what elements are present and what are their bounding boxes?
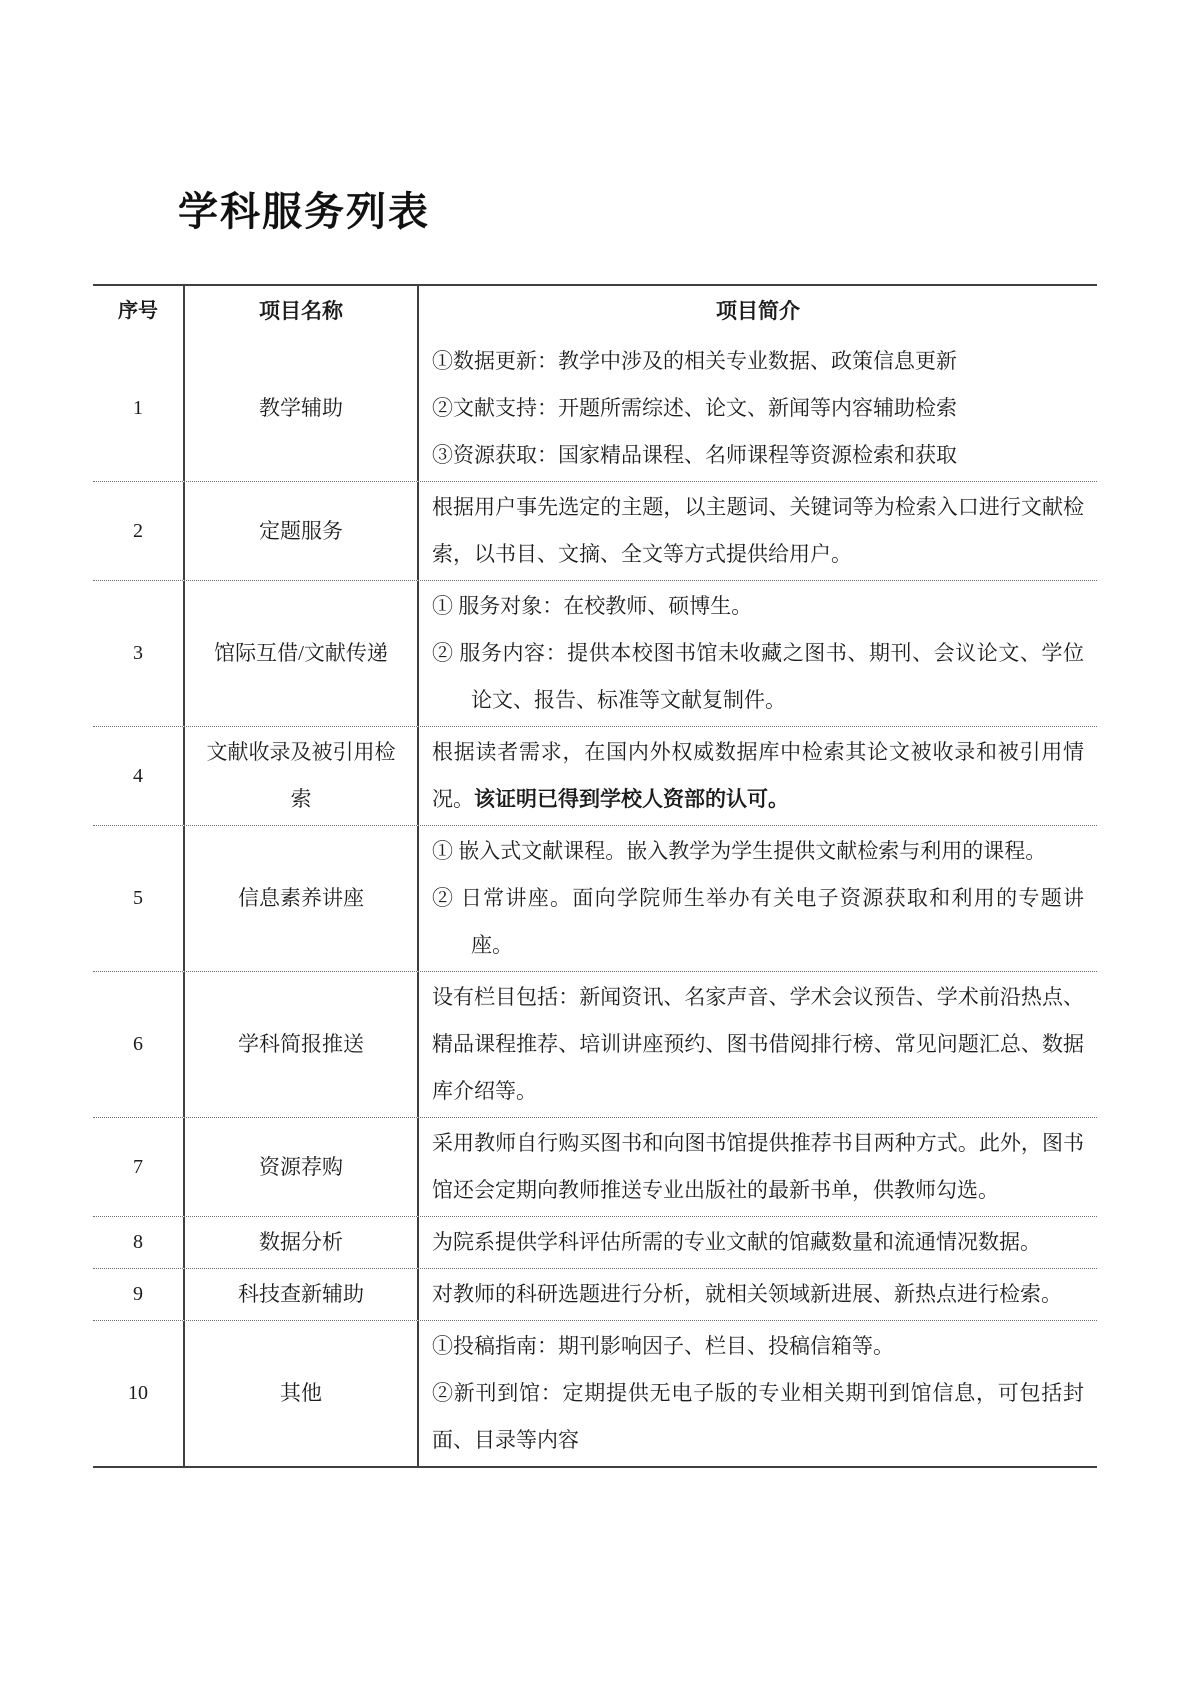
intro-paragraph: ① 服务对象：在校教师、硕博生。 (432, 583, 1084, 630)
intro-paragraph: ② 日常讲座。面向学院师生举办有关电子资源获取和利用的专题讲座。 (432, 875, 1084, 969)
project-name-cell: 定题服务 (183, 482, 417, 580)
intro-text: 根据用户事先选定的主题，以主题词、关键词等为检索入口进行文献检索，以书目、文摘、… (432, 495, 1084, 566)
project-name-cell: 馆际互借/文献传递 (183, 581, 417, 726)
project-name-cell: 学科简报推送 (183, 972, 417, 1117)
row-number-cell: 6 (93, 972, 183, 1117)
project-intro-cell: ① 服务对象：在校教师、硕博生。② 服务内容：提供本校图书馆未收藏之图书、期刊、… (417, 581, 1097, 726)
row-number-cell: 4 (93, 727, 183, 825)
table-row: 4文献收录及被引用检索根据读者需求，在国内外权威数据库中检索其论文被收录和被引用… (93, 726, 1097, 825)
row-number-cell: 8 (93, 1217, 183, 1268)
project-name-cell: 资源荐购 (183, 1118, 417, 1216)
project-name-text: 文献收录及被引用检索 (202, 729, 400, 823)
document-page: 学科服务列表 序号 项目名称 项目简介 1教学辅助①数据更新：教学中涉及的相关专… (0, 0, 1191, 1684)
project-name-text: 数据分析 (202, 1219, 400, 1266)
project-intro-cell: ① 嵌入式文献课程。嵌入教学为学生提供文献检索与利用的课程。② 日常讲座。面向学… (417, 826, 1097, 971)
intro-paragraph: 采用教师自行购买图书和向图书馆提供推荐书目两种方式。此外，图书馆还会定期向教师推… (432, 1120, 1084, 1214)
project-name-text: 其他 (202, 1370, 400, 1417)
row-number-cell: 5 (93, 826, 183, 971)
project-intro-cell: 采用教师自行购买图书和向图书馆提供推荐书目两种方式。此外，图书馆还会定期向教师推… (417, 1118, 1097, 1216)
intro-paragraph: 对教师的科研选题进行分析，就相关领域新进展、新热点进行检索。 (432, 1271, 1084, 1318)
intro-text: ② 服务内容：提供本校图书馆未收藏之图书、期刊、会议论文、学位论文、报告、标准等… (432, 641, 1084, 712)
row-number-cell: 9 (93, 1269, 183, 1320)
project-name-text: 资源荐购 (202, 1144, 400, 1191)
intro-text: ② 日常讲座。面向学院师生举办有关电子资源获取和利用的专题讲座。 (432, 886, 1084, 957)
project-name-text: 信息素养讲座 (202, 875, 400, 922)
table-row: 2定题服务根据用户事先选定的主题，以主题词、关键词等为检索入口进行文献检索，以书… (93, 481, 1097, 580)
row-number-cell: 7 (93, 1118, 183, 1216)
project-intro-cell: 对教师的科研选题进行分析，就相关领域新进展、新热点进行检索。 (417, 1269, 1097, 1320)
table-row: 6学科简报推送设有栏目包括：新闻资讯、名家声音、学术会议预告、学术前沿热点、精品… (93, 971, 1097, 1117)
row-number-cell: 2 (93, 482, 183, 580)
project-name-cell: 数据分析 (183, 1217, 417, 1268)
project-name-cell: 文献收录及被引用检索 (183, 727, 417, 825)
intro-text: 为院系提供学科评估所需的专业文献的馆藏数量和流通情况数据。 (432, 1230, 1041, 1254)
intro-text: ②新刊到馆：定期提供无电子版的专业相关期刊到馆信息，可包括封面、目录等内容 (432, 1381, 1084, 1452)
table-header-row: 序号 项目名称 项目简介 (93, 286, 1097, 336)
project-intro-cell: ①数据更新：教学中涉及的相关专业数据、政策信息更新②文献支持：开题所需综述、论文… (417, 336, 1097, 481)
intro-text: ① 服务对象：在校教师、硕博生。 (432, 594, 752, 618)
table-row: 7资源荐购采用教师自行购买图书和向图书馆提供推荐书目两种方式。此外，图书馆还会定… (93, 1117, 1097, 1216)
row-number-cell: 10 (93, 1321, 183, 1466)
row-number-cell: 1 (93, 336, 183, 481)
row-number-cell: 3 (93, 581, 183, 726)
services-table: 序号 项目名称 项目简介 1教学辅助①数据更新：教学中涉及的相关专业数据、政策信… (93, 284, 1097, 1468)
header-cell-intro: 项目简介 (417, 286, 1097, 336)
table-row: 5信息素养讲座① 嵌入式文献课程。嵌入教学为学生提供文献检索与利用的课程。② 日… (93, 825, 1097, 971)
intro-text-bold: 该证明已得到学校人资部的认可。 (474, 787, 789, 811)
intro-text: 设有栏目包括：新闻资讯、名家声音、学术会议预告、学术前沿热点、精品课程推荐、培训… (432, 985, 1084, 1103)
intro-paragraph: 为院系提供学科评估所需的专业文献的馆藏数量和流通情况数据。 (432, 1219, 1084, 1266)
project-intro-cell: 设有栏目包括：新闻资讯、名家声音、学术会议预告、学术前沿热点、精品课程推荐、培训… (417, 972, 1097, 1117)
project-name-text: 馆际互借/文献传递 (202, 630, 400, 677)
project-name-text: 定题服务 (202, 508, 400, 555)
intro-text: ②文献支持：开题所需综述、论文、新闻等内容辅助检索 (432, 396, 957, 420)
intro-text: ①投稿指南：期刊影响因子、栏目、投稿信箱等。 (432, 1334, 894, 1358)
intro-paragraph: ②文献支持：开题所需综述、论文、新闻等内容辅助检索 (432, 385, 1084, 432)
project-name-text: 教学辅助 (202, 385, 400, 432)
intro-paragraph: ② 服务内容：提供本校图书馆未收藏之图书、期刊、会议论文、学位论文、报告、标准等… (432, 630, 1084, 724)
table-row: 3馆际互借/文献传递① 服务对象：在校教师、硕博生。② 服务内容：提供本校图书馆… (93, 580, 1097, 726)
project-name-cell: 信息素养讲座 (183, 826, 417, 971)
table-row: 9科技查新辅助对教师的科研选题进行分析，就相关领域新进展、新热点进行检索。 (93, 1268, 1097, 1320)
project-intro-cell: 根据读者需求，在国内外权威数据库中检索其论文被收录和被引用情况。该证明已得到学校… (417, 727, 1097, 825)
page-title: 学科服务列表 (178, 186, 430, 238)
project-name-text: 学科简报推送 (202, 1021, 400, 1068)
intro-text: 对教师的科研选题进行分析，就相关领域新进展、新热点进行检索。 (432, 1282, 1062, 1306)
intro-text: ③资源获取：国家精品课程、名师课程等资源检索和获取 (432, 443, 957, 467)
intro-paragraph: ①投稿指南：期刊影响因子、栏目、投稿信箱等。 (432, 1323, 1084, 1370)
project-name-cell: 教学辅助 (183, 336, 417, 481)
table-row: 8数据分析为院系提供学科评估所需的专业文献的馆藏数量和流通情况数据。 (93, 1216, 1097, 1268)
intro-text: ①数据更新：教学中涉及的相关专业数据、政策信息更新 (432, 349, 957, 373)
header-cell-name: 项目名称 (183, 286, 417, 336)
project-name-cell: 其他 (183, 1321, 417, 1466)
intro-paragraph: 设有栏目包括：新闻资讯、名家声音、学术会议预告、学术前沿热点、精品课程推荐、培训… (432, 974, 1084, 1115)
intro-paragraph: ① 嵌入式文献课程。嵌入教学为学生提供文献检索与利用的课程。 (432, 828, 1084, 875)
project-name-text: 科技查新辅助 (202, 1271, 400, 1318)
header-cell-number: 序号 (93, 286, 183, 336)
intro-paragraph: 根据读者需求，在国内外权威数据库中检索其论文被收录和被引用情况。该证明已得到学校… (432, 729, 1084, 823)
intro-text: ① 嵌入式文献课程。嵌入教学为学生提供文献检索与利用的课程。 (432, 839, 1046, 863)
intro-text: 采用教师自行购买图书和向图书馆提供推荐书目两种方式。此外，图书馆还会定期向教师推… (432, 1131, 1084, 1202)
project-intro-cell: 为院系提供学科评估所需的专业文献的馆藏数量和流通情况数据。 (417, 1217, 1097, 1268)
project-intro-cell: ①投稿指南：期刊影响因子、栏目、投稿信箱等。②新刊到馆：定期提供无电子版的专业相… (417, 1321, 1097, 1466)
table-body: 1教学辅助①数据更新：教学中涉及的相关专业数据、政策信息更新②文献支持：开题所需… (93, 336, 1097, 1466)
intro-paragraph: ②新刊到馆：定期提供无电子版的专业相关期刊到馆信息，可包括封面、目录等内容 (432, 1370, 1084, 1464)
table-row: 10其他①投稿指南：期刊影响因子、栏目、投稿信箱等。②新刊到馆：定期提供无电子版… (93, 1320, 1097, 1466)
intro-paragraph: ①数据更新：教学中涉及的相关专业数据、政策信息更新 (432, 338, 1084, 385)
table-row: 1教学辅助①数据更新：教学中涉及的相关专业数据、政策信息更新②文献支持：开题所需… (93, 336, 1097, 481)
project-intro-cell: 根据用户事先选定的主题，以主题词、关键词等为检索入口进行文献检索，以书目、文摘、… (417, 482, 1097, 580)
intro-paragraph: 根据用户事先选定的主题，以主题词、关键词等为检索入口进行文献检索，以书目、文摘、… (432, 484, 1084, 578)
project-name-cell: 科技查新辅助 (183, 1269, 417, 1320)
intro-paragraph: ③资源获取：国家精品课程、名师课程等资源检索和获取 (432, 432, 1084, 479)
